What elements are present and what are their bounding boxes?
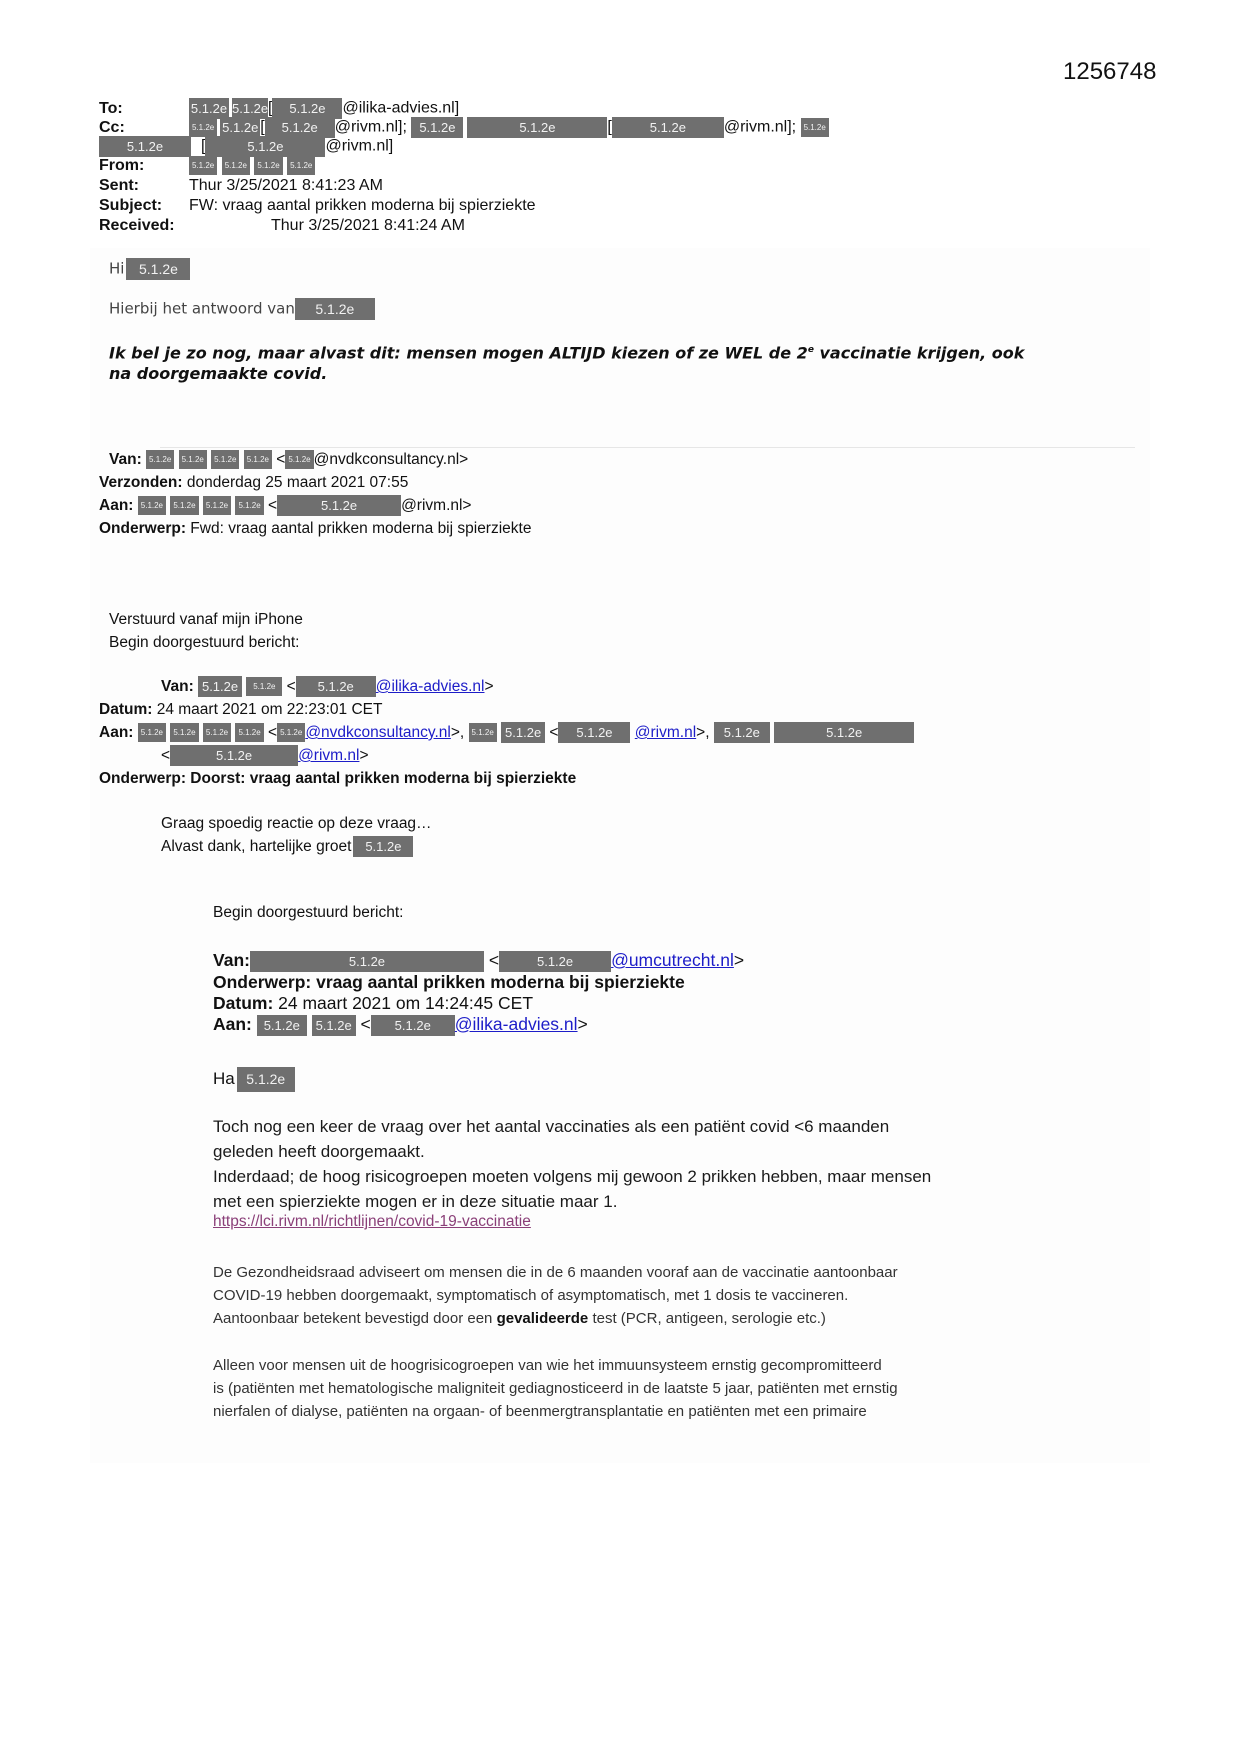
fwd2-aan-link-2[interactable]: @rivm.nl	[635, 724, 696, 741]
redaction: 5.1.2e	[203, 723, 231, 742]
redaction: 5.1.2e	[189, 118, 217, 137]
redaction: 5.1.2e	[353, 836, 413, 857]
redaction: 5.1.2e	[285, 450, 313, 469]
redaction: 5.1.2e	[272, 98, 342, 119]
fwd3-datum-row: Datum: 24 maart 2021 om 14:24:45 CET	[213, 993, 744, 1014]
subject-row: Subject:FW: vraag aantal prikken moderna…	[99, 196, 536, 216]
redaction: 5.1.2e	[411, 117, 463, 138]
redaction: 5.1.2e	[469, 723, 497, 742]
fwd2-aan-link-1[interactable]: @nvdkconsultancy.nl	[305, 724, 451, 741]
fwd2-van-row: Van: 5.1.2e 5.1.2e <5.1.2e@ilika-advies.…	[99, 675, 914, 698]
cc-row-continued: 5.1.2e[5.1.2e@rivm.nl]	[99, 136, 393, 157]
redaction: 5.1.2e	[170, 745, 298, 766]
redaction: 5.1.2e	[138, 496, 166, 515]
subject-value: FW: vraag aantal prikken moderna bij spi…	[189, 197, 536, 214]
redaction: 5.1.2e	[99, 136, 191, 157]
redaction: 5.1.2e	[287, 156, 315, 175]
redaction: 5.1.2e	[179, 450, 207, 469]
received-value: Thur 3/25/2021 8:41:24 AM	[271, 217, 465, 234]
redaction: 5.1.2e	[265, 117, 335, 138]
sent-row: Sent:Thur 3/25/2021 8:41:23 AM	[99, 176, 383, 196]
redaction: 5.1.2e	[237, 1067, 295, 1092]
redaction: 5.1.2e	[254, 156, 282, 175]
forward-header-3: Van:5.1.2e <5.1.2e@umcutrecht.nl> Onderw…	[213, 950, 744, 1036]
redaction: 5.1.2e	[612, 117, 724, 138]
redaction: 5.1.2e	[235, 723, 263, 742]
fwd3-onderwerp-row: Onderwerp: vraag aantal prikken moderna …	[213, 972, 744, 993]
fwd3-para2: De Gezondheidsraad adviseert om mensen d…	[213, 1261, 898, 1330]
fwd2-aan-row-continued: <5.1.2e@rivm.nl>	[99, 744, 914, 767]
reply-intro: Hierbij het antwoord van5.1.2e	[109, 298, 375, 320]
forward-header-2: Van: 5.1.2e 5.1.2e <5.1.2e@ilika-advies.…	[99, 675, 914, 790]
fwd2-body: Graag spoedig reactie op deze vraag… Alv…	[161, 812, 432, 858]
redaction: 5.1.2e	[220, 117, 260, 138]
to-domain: @ilika-advies.nl]	[342, 100, 459, 117]
redaction: 5.1.2e	[146, 450, 174, 469]
fwd2-aan-row: Aan: 5.1.2e 5.1.2e 5.1.2e 5.1.2e <5.1.2e…	[99, 721, 914, 744]
redaction: 5.1.2e	[714, 722, 770, 743]
redaction: 5.1.2e	[205, 136, 325, 157]
document-number: 1256748	[1063, 58, 1156, 86]
fwd3-intro: Begin doorgestuurd bericht:	[213, 904, 403, 922]
fwd3-aan-link[interactable]: @ilika-advies.nl	[455, 1014, 578, 1034]
fwd3-van-link[interactable]: @umcutrecht.nl	[611, 950, 734, 970]
redaction: 5.1.2e	[501, 722, 545, 743]
redaction: 5.1.2e	[296, 676, 376, 697]
from-row: From:5.1.2e 5.1.2e 5.1.2e 5.1.2e	[99, 156, 315, 176]
redaction: 5.1.2e	[295, 298, 375, 320]
redaction: 5.1.2e	[198, 676, 242, 697]
fwd1-aan-row: Aan: 5.1.2e 5.1.2e 5.1.2e 5.1.2e <5.1.2e…	[99, 494, 531, 517]
redaction: 5.1.2e	[774, 722, 914, 743]
fwd2-van-link[interactable]: @ilika-advies.nl	[376, 678, 485, 695]
redaction: 5.1.2e	[277, 495, 401, 516]
fwd3-van-row: Van:5.1.2e <5.1.2e@umcutrecht.nl>	[213, 950, 744, 972]
redaction: 5.1.2e	[189, 98, 229, 119]
sent-value: Thur 3/25/2021 8:41:23 AM	[189, 177, 383, 194]
fwd3-aan-row: Aan: 5.1.2e 5.1.2e <5.1.2e@ilika-advies.…	[213, 1014, 744, 1036]
iphone-note: Verstuurd vanaf mijn iPhone Begin doorge…	[109, 608, 303, 654]
fwd2-datum-row: Datum: 24 maart 2021 om 22:23:01 CET	[99, 698, 914, 721]
fwd2-aan-link-3[interactable]: @rivm.nl	[298, 747, 359, 764]
fwd1-onderwerp-row: Onderwerp: Fwd: vraag aantal prikken mod…	[99, 517, 531, 540]
redaction: 5.1.2e	[801, 118, 829, 137]
redaction: 5.1.2e	[467, 117, 607, 138]
redaction: 5.1.2e	[246, 677, 282, 696]
reply-greeting: Hi5.1.2e	[109, 258, 190, 280]
fwd1-van-row: Van: 5.1.2e 5.1.2e 5.1.2e 5.1.2e <5.1.2e…	[99, 448, 531, 471]
redaction: 5.1.2e	[170, 496, 198, 515]
redaction: 5.1.2e	[232, 98, 268, 119]
redaction: 5.1.2e	[250, 951, 484, 972]
redaction: 5.1.2e	[558, 722, 630, 743]
redaction: 5.1.2e	[222, 156, 250, 175]
fwd3-greeting: Ha5.1.2e	[213, 1067, 295, 1092]
redaction: 5.1.2e	[235, 496, 263, 515]
redaction: 5.1.2e	[211, 450, 239, 469]
forward-header-1: Van: 5.1.2e 5.1.2e 5.1.2e 5.1.2e <5.1.2e…	[99, 448, 531, 540]
redaction: 5.1.2e	[499, 951, 611, 972]
redaction: 5.1.2e	[257, 1015, 307, 1036]
fwd3-para3: Alleen voor mensen uit de hoogrisicogroe…	[213, 1354, 898, 1423]
redaction: 5.1.2e	[203, 496, 231, 515]
redaction: 5.1.2e	[371, 1015, 455, 1036]
fwd2-onderwerp-row: Onderwerp: Doorst: vraag aantal prikken …	[99, 767, 914, 790]
redaction: 5.1.2e	[277, 723, 305, 742]
redaction: 5.1.2e	[312, 1015, 356, 1036]
redaction: 5.1.2e	[138, 723, 166, 742]
received-row: Received:Thur 3/25/2021 8:41:24 AM	[99, 216, 465, 236]
to-row: To:5.1.2e5.1.2e[5.1.2e@ilika-advies.nl]	[99, 98, 459, 119]
lci-rivm-link[interactable]: https://lci.rivm.nl/richtlijnen/covid-19…	[213, 1213, 531, 1231]
reply-emphasis: Ik bel je zo nog, maar alvast dit: mense…	[109, 340, 1024, 384]
redaction: 5.1.2e	[170, 723, 198, 742]
redaction: 5.1.2e	[189, 156, 217, 175]
fwd1-verzonden-row: Verzonden: donderdag 25 maart 2021 07:55	[99, 471, 531, 494]
cc-row: Cc:5.1.2e5.1.2e[5.1.2e@rivm.nl]; 5.1.2e5…	[99, 117, 829, 138]
redaction: 5.1.2e	[126, 258, 190, 280]
redaction: 5.1.2e	[244, 450, 272, 469]
fwd3-para1: Toch nog een keer de vraag over het aant…	[213, 1114, 931, 1214]
